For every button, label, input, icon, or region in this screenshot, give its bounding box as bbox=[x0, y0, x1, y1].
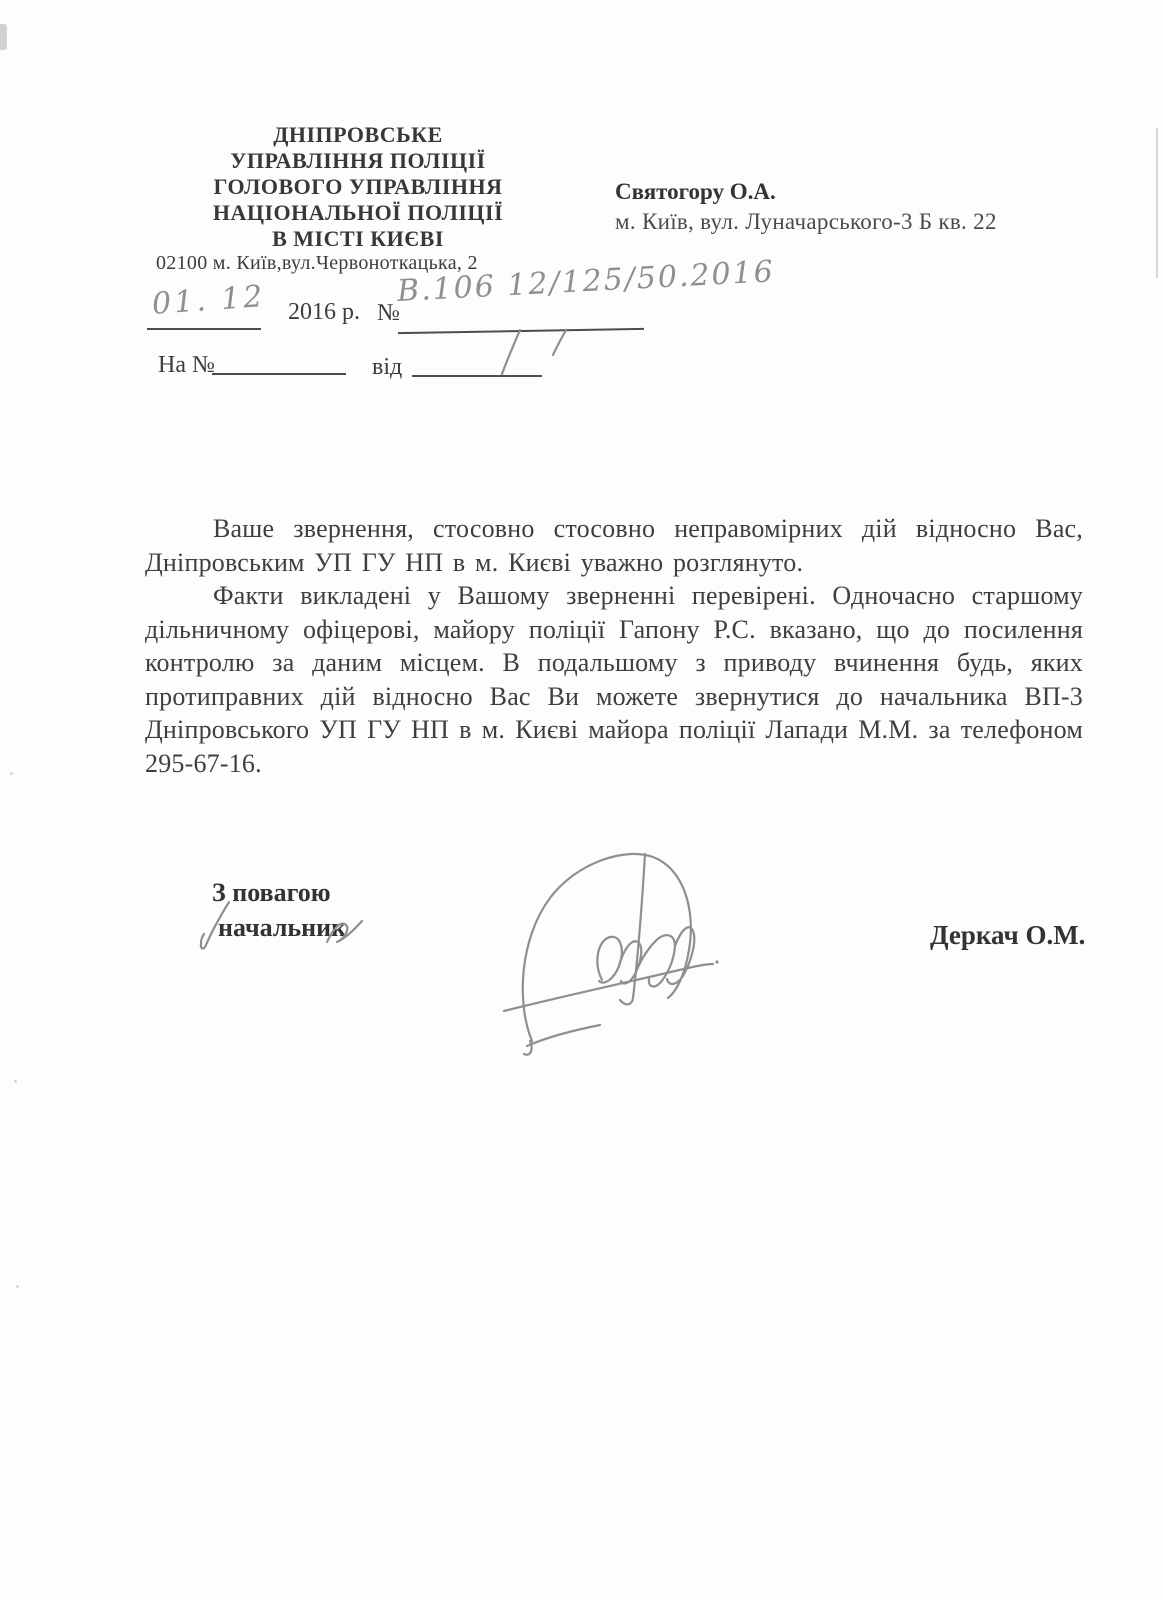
handwritten-tick-mark bbox=[325, 916, 365, 948]
body-paragraph-2: Факти викладені у Вашому зверненні перев… bbox=[145, 579, 1083, 780]
handwritten-check-mark bbox=[197, 900, 233, 956]
signer-name: Деркач О.М. bbox=[930, 920, 1085, 951]
from-label: від bbox=[372, 354, 402, 381]
letterhead-line: В МІСТІ КИЄВІ bbox=[150, 226, 566, 252]
recipient-name: Святогору О.А. bbox=[615, 178, 997, 206]
handwriting-descender-strokes bbox=[490, 328, 590, 378]
scan-speck bbox=[16, 1285, 19, 1288]
letter-body: Ваше звернення, стосовно стосовно неправ… bbox=[145, 512, 1083, 780]
reply-to-underline bbox=[212, 373, 346, 375]
scanned-letter-page: ДНІПРОВСЬКЕ УПРАВЛІННЯ ПОЛІЦІЇ ГОЛОВОГО … bbox=[0, 0, 1163, 1600]
scan-corner-artifact bbox=[0, 24, 7, 50]
letterhead-line: НАЦІОНАЛЬНОЇ ПОЛІЦІЇ bbox=[150, 200, 566, 226]
scan-speck bbox=[10, 772, 13, 775]
letterhead-line: УПРАВЛІННЯ ПОЛІЦІЇ bbox=[150, 148, 566, 174]
ref-year-label: 2016 р. bbox=[288, 299, 360, 326]
date-underline bbox=[147, 328, 261, 330]
handwritten-date: 01. 12 bbox=[151, 279, 267, 322]
letterhead-line: ГОЛОВОГО УПРАВЛІННЯ bbox=[150, 174, 566, 200]
reply-to-label: На № bbox=[158, 352, 215, 379]
letterhead-org-name: ДНІПРОВСЬКЕ УПРАВЛІННЯ ПОЛІЦІЇ ГОЛОВОГО … bbox=[150, 122, 566, 252]
recipient-address: м. Київ, вул. Луначарського-3 Б кв. 22 bbox=[615, 208, 997, 236]
body-paragraph-1: Ваше звернення, стосовно стосовно неправ… bbox=[145, 512, 1083, 579]
from-underline bbox=[412, 375, 542, 377]
letterhead-line: ДНІПРОВСЬКЕ bbox=[150, 122, 566, 148]
signature bbox=[460, 810, 740, 1060]
recipient-block: Святогору О.А. м. Київ, вул. Луначарсько… bbox=[615, 178, 997, 236]
scan-speck bbox=[14, 1080, 17, 1083]
scan-edge-artifact bbox=[1156, 128, 1158, 278]
ref-number-sign: № bbox=[377, 300, 400, 327]
